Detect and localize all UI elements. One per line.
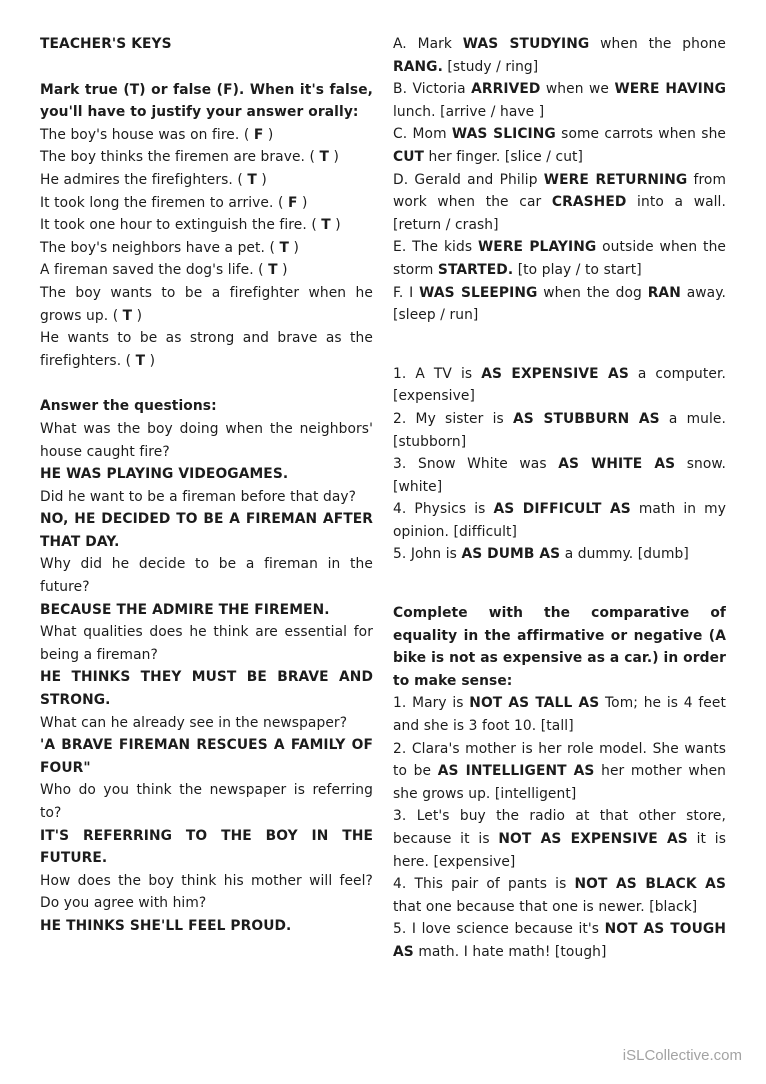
regular-text: The boy's neighbors have a pet. ( bbox=[40, 240, 279, 256]
regular-text: [study / ring] bbox=[443, 59, 538, 75]
question: What was the boy doing when the neighbor… bbox=[40, 418, 373, 463]
regular-text: Why did he decide to be a fireman in the… bbox=[40, 556, 373, 595]
regular-text: ) bbox=[329, 149, 339, 165]
answer: BECAUSE THE ADMIRE THE FIREMEN. bbox=[40, 599, 373, 622]
exercise-item: 1. Mary is NOT AS TALL AS Tom; he is 4 f… bbox=[393, 692, 726, 737]
section-title: TEACHER'S KEYS bbox=[40, 33, 373, 56]
answer: IT'S REFERRING TO THE BOY IN THE FUTURE. bbox=[40, 825, 373, 870]
regular-text: He admires the firefighters. ( bbox=[40, 172, 247, 188]
regular-text: He wants to be as strong and brave as th… bbox=[40, 330, 373, 369]
bold-text: F bbox=[254, 127, 264, 143]
bold-text: AS EXPENSIVE AS bbox=[481, 366, 629, 382]
regular-text: What qualities does he think are essenti… bbox=[40, 624, 373, 663]
bold-text: Complete with the comparative of equalit… bbox=[393, 605, 726, 689]
bold-text: WAS STUDYING bbox=[463, 36, 590, 52]
regular-text: a dummy. [dumb] bbox=[560, 546, 689, 562]
bold-text: Answer the questions: bbox=[40, 398, 217, 414]
tf-item: It took long the firemen to arrive. ( F … bbox=[40, 192, 373, 215]
tf-item: A fireman saved the dog's life. ( T ) bbox=[40, 259, 373, 282]
exercise-item: C. Mom WAS SLICING some carrots when she… bbox=[393, 123, 726, 168]
regular-text: ) bbox=[278, 262, 288, 278]
bold-text: AS DIFFICULT AS bbox=[493, 501, 630, 517]
exercise-item: 3. Let's buy the radio at that other sto… bbox=[393, 805, 726, 873]
bold-text: T bbox=[320, 149, 330, 165]
exercise-item: 1. A TV is AS EXPENSIVE AS a computer. [… bbox=[393, 363, 726, 408]
tf-item: The boy's neighbors have a pet. ( T ) bbox=[40, 237, 373, 260]
bold-text: WERE HAVING bbox=[614, 81, 726, 97]
exercise-item: 5. John is AS DUMB AS a dummy. [dumb] bbox=[393, 543, 726, 566]
bold-text: T bbox=[321, 217, 331, 233]
bold-text: AS WHITE AS bbox=[558, 456, 675, 472]
regular-text: math. I hate math! [tough] bbox=[414, 944, 607, 960]
question: What can he already see in the newspaper… bbox=[40, 712, 373, 735]
bold-text: RAN bbox=[648, 285, 681, 301]
regular-text: her finger. [slice / cut] bbox=[424, 149, 583, 165]
regular-text: lunch. [arrive / have ] bbox=[393, 104, 544, 120]
question: How does the boy think his mother will f… bbox=[40, 870, 373, 915]
section-true-false-exercise: Mark true (T) or false (F). When it's fa… bbox=[40, 79, 373, 373]
answer: 'A BRAVE FIREMAN RESCUES A FAMILY OF FOU… bbox=[40, 734, 373, 779]
regular-text: when we bbox=[540, 81, 614, 97]
document-body: TEACHER'S KEYSMark true (T) or false (F)… bbox=[0, 0, 766, 964]
regular-text: some carrots when she bbox=[556, 126, 726, 142]
exercise-item: 5. I love science because it's NOT AS TO… bbox=[393, 918, 726, 963]
exercise-instructions: Complete with the comparative of equalit… bbox=[393, 602, 726, 692]
answer: HE THINKS SHE'LL FEEL PROUD. bbox=[40, 915, 373, 938]
section-past-continuous-exercise: A. Mark WAS STUDYING when the phone RANG… bbox=[393, 33, 726, 327]
watermark: iSLCollective.com bbox=[623, 1047, 742, 1064]
exercise-instructions: Mark true (T) or false (F). When it's fa… bbox=[40, 79, 373, 124]
tf-item: The boy's house was on fire. ( F ) bbox=[40, 124, 373, 147]
tf-item: The boy wants to be a firefighter when h… bbox=[40, 282, 373, 327]
bold-text: NOT AS TALL AS bbox=[469, 695, 599, 711]
regular-text: ) bbox=[297, 195, 307, 211]
bold-text: T bbox=[279, 240, 289, 256]
regular-text: 5. John is bbox=[393, 546, 461, 562]
left-column: TEACHER'S KEYSMark true (T) or false (F)… bbox=[40, 33, 373, 964]
bold-text: T bbox=[268, 262, 278, 278]
regular-text: ) bbox=[145, 353, 155, 369]
bold-text: ARRIVED bbox=[471, 81, 540, 97]
answer: NO, HE DECIDED TO BE A FIREMAN AFTER THA… bbox=[40, 508, 373, 553]
section-comprehension-questions: Answer the questions:What was the boy do… bbox=[40, 395, 373, 937]
regular-text: ) bbox=[263, 127, 273, 143]
regular-text: D. Gerald and Philip bbox=[393, 172, 544, 188]
regular-text: The boy thinks the firemen are brave. ( bbox=[40, 149, 320, 165]
regular-text: ) bbox=[289, 240, 299, 256]
regular-text: What was the boy doing when the neighbor… bbox=[40, 421, 373, 460]
bold-text: RANG. bbox=[393, 59, 443, 75]
regular-text: C. Mom bbox=[393, 126, 452, 142]
regular-text: The boy's house was on fire. ( bbox=[40, 127, 254, 143]
bold-text: Mark true (T) or false (F). When it's fa… bbox=[40, 82, 373, 121]
regular-text: Did he want to be a fireman before that … bbox=[40, 489, 356, 505]
bold-text: T bbox=[123, 308, 133, 324]
tf-item: It took one hour to extinguish the fire.… bbox=[40, 214, 373, 237]
question: Who do you think the newspaper is referr… bbox=[40, 779, 373, 824]
exercise-item: D. Gerald and Philip WERE RETURNING from… bbox=[393, 169, 726, 237]
exercise-instructions: Answer the questions: bbox=[40, 395, 373, 418]
exercise-item: 3. Snow White was AS WHITE AS snow. [whi… bbox=[393, 453, 726, 498]
exercise-item: B. Victoria ARRIVED when we WERE HAVING … bbox=[393, 78, 726, 123]
tf-item: He wants to be as strong and brave as th… bbox=[40, 327, 373, 372]
regular-text: that one because that one is newer. [bla… bbox=[393, 899, 697, 915]
bold-text: CUT bbox=[393, 149, 424, 165]
regular-text: Who do you think the newspaper is referr… bbox=[40, 782, 373, 821]
exercise-item: E. The kids WERE PLAYING outside when th… bbox=[393, 236, 726, 281]
bold-text: AS INTELLIGENT AS bbox=[438, 763, 595, 779]
bold-text: HE THINKS THEY MUST BE BRAVE AND STRONG. bbox=[40, 669, 373, 708]
bold-text: HE THINKS SHE'LL FEEL PROUD. bbox=[40, 918, 291, 934]
regular-text: 1. Mary is bbox=[393, 695, 469, 711]
right-column: A. Mark WAS STUDYING when the phone RANG… bbox=[393, 33, 726, 964]
regular-text: 4. Physics is bbox=[393, 501, 493, 517]
regular-text: [to play / to start] bbox=[513, 262, 642, 278]
bold-text: AS STUBBURN AS bbox=[513, 411, 660, 427]
regular-text: 1. A TV is bbox=[393, 366, 481, 382]
bold-text: WAS SLEEPING bbox=[419, 285, 537, 301]
bold-text: CRASHED bbox=[552, 194, 627, 210]
exercise-item: F. I WAS SLEEPING when the dog RAN away.… bbox=[393, 282, 726, 327]
bold-text: T bbox=[247, 172, 257, 188]
answer: HE THINKS THEY MUST BE BRAVE AND STRONG. bbox=[40, 666, 373, 711]
regular-text: E. The kids bbox=[393, 239, 478, 255]
section-equality-exercise: 1. A TV is AS EXPENSIVE AS a computer. [… bbox=[393, 363, 726, 566]
regular-text: It took one hour to extinguish the fire.… bbox=[40, 217, 321, 233]
exercise-item: 4. Physics is AS DIFFICULT AS math in my… bbox=[393, 498, 726, 543]
bold-text: NOT AS BLACK AS bbox=[575, 876, 727, 892]
regular-text: 3. Snow White was bbox=[393, 456, 558, 472]
question: Did he want to be a fireman before that … bbox=[40, 486, 373, 509]
answer: HE WAS PLAYING VIDEOGAMES. bbox=[40, 463, 373, 486]
tf-item: He admires the firefighters. ( T ) bbox=[40, 169, 373, 192]
exercise-item: 2. Clara's mother is her role model. She… bbox=[393, 738, 726, 806]
regular-text: when the dog bbox=[537, 285, 647, 301]
bold-text: IT'S REFERRING TO THE BOY IN THE FUTURE. bbox=[40, 828, 373, 867]
regular-text: What can he already see in the newspaper… bbox=[40, 715, 347, 731]
regular-text: How does the boy think his mother will f… bbox=[40, 873, 373, 912]
question: Why did he decide to be a fireman in the… bbox=[40, 553, 373, 598]
exercise-item: 4. This pair of pants is NOT AS BLACK AS… bbox=[393, 873, 726, 918]
worksheet-page: TEACHER'S KEYSMark true (T) or false (F)… bbox=[0, 0, 766, 1084]
bold-text: WAS SLICING bbox=[452, 126, 556, 142]
bold-text: NO, HE DECIDED TO BE A FIREMAN AFTER THA… bbox=[40, 511, 373, 550]
bold-text: STARTED. bbox=[438, 262, 513, 278]
regular-text: 2. My sister is bbox=[393, 411, 513, 427]
section-comparative-completion-exercise: Complete with the comparative of equalit… bbox=[393, 602, 726, 964]
bold-text: NOT AS EXPENSIVE AS bbox=[498, 831, 687, 847]
regular-text: B. Victoria bbox=[393, 81, 471, 97]
regular-text: The boy wants to be a firefighter when h… bbox=[40, 285, 373, 324]
bold-text: T bbox=[136, 353, 146, 369]
bold-text: WERE PLAYING bbox=[478, 239, 596, 255]
bold-text: WERE RETURNING bbox=[544, 172, 687, 188]
regular-text: 5. I love science because it's bbox=[393, 921, 605, 937]
tf-item: The boy thinks the firemen are brave. ( … bbox=[40, 146, 373, 169]
regular-text: when the phone bbox=[589, 36, 726, 52]
bold-text: TEACHER'S KEYS bbox=[40, 36, 172, 52]
regular-text: ) bbox=[132, 308, 142, 324]
regular-text: ) bbox=[331, 217, 341, 233]
regular-text: ) bbox=[257, 172, 267, 188]
bold-text: 'A BRAVE FIREMAN RESCUES A FAMILY OF FOU… bbox=[40, 737, 373, 776]
regular-text: It took long the firemen to arrive. ( bbox=[40, 195, 288, 211]
exercise-item: A. Mark WAS STUDYING when the phone RANG… bbox=[393, 33, 726, 78]
regular-text: 4. This pair of pants is bbox=[393, 876, 575, 892]
bold-text: AS DUMB AS bbox=[461, 546, 560, 562]
question: What qualities does he think are essenti… bbox=[40, 621, 373, 666]
bold-text: BECAUSE THE ADMIRE THE FIREMEN. bbox=[40, 602, 330, 618]
exercise-item: 2. My sister is AS STUBBURN AS a mule. [… bbox=[393, 408, 726, 453]
page-title: TEACHER'S KEYS bbox=[40, 33, 373, 56]
regular-text: F. I bbox=[393, 285, 419, 301]
bold-text: HE WAS PLAYING VIDEOGAMES. bbox=[40, 466, 288, 482]
regular-text: A fireman saved the dog's life. ( bbox=[40, 262, 268, 278]
regular-text: A. Mark bbox=[393, 36, 463, 52]
